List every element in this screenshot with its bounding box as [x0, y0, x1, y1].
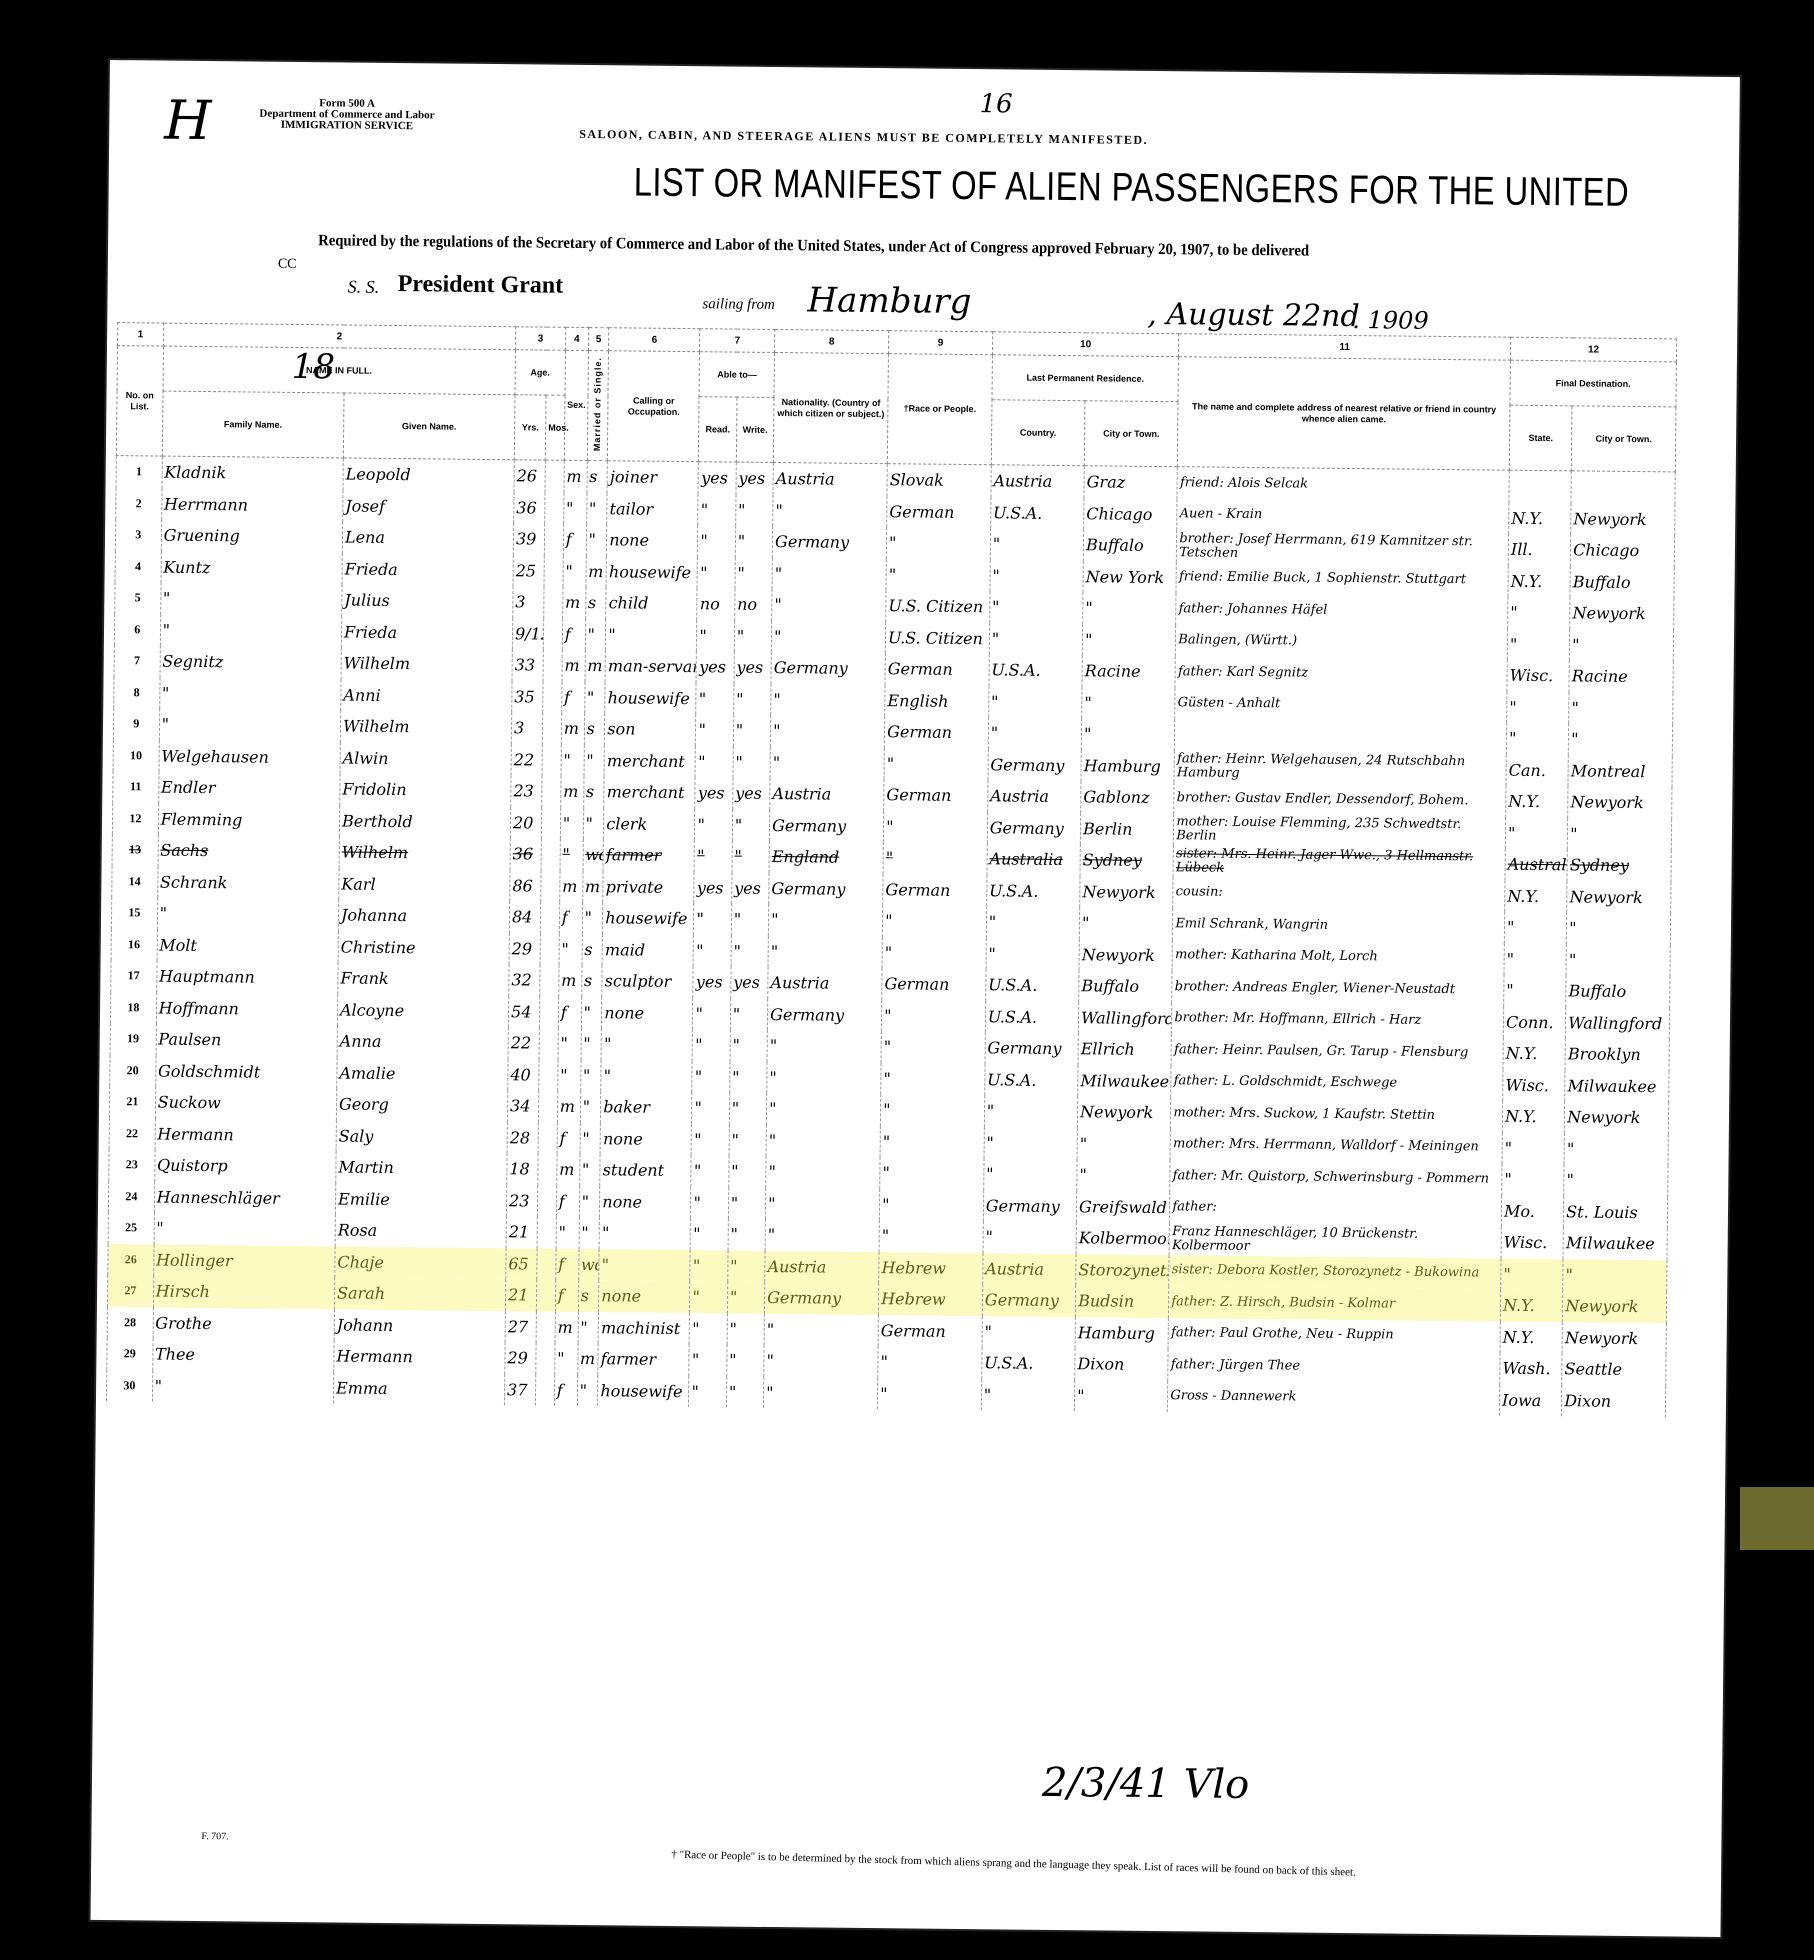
- cell-ms: ": [586, 493, 607, 525]
- cell-write: ": [729, 1124, 767, 1156]
- cell-no: 4: [115, 551, 161, 583]
- cell-race: Slovak: [887, 464, 991, 497]
- cell-write: yes: [731, 872, 769, 904]
- cell-given: Chaje: [335, 1246, 506, 1279]
- cell-sex: m: [557, 1154, 580, 1186]
- cell-nat: Germany: [771, 652, 885, 685]
- cell-rel: father:: [1170, 1192, 1502, 1227]
- cell-no: 15: [111, 897, 157, 929]
- cell-family: Kuntz: [161, 551, 343, 584]
- cell-state: ": [1508, 597, 1571, 629]
- race-footnote: † "Race or People" is to be determined b…: [671, 1849, 1356, 1879]
- cell-city: Graz: [1084, 466, 1178, 499]
- cell-dest: Wallingford: [1566, 1007, 1670, 1040]
- cell-dest: Brooklyn: [1565, 1038, 1669, 1071]
- cell-ms: s: [585, 587, 606, 619]
- cell-age: 26: [514, 460, 545, 492]
- cell-occ: son: [605, 713, 697, 745]
- cell-no: 17: [111, 960, 157, 992]
- cell-sex: ": [560, 839, 583, 871]
- cell-given: Alwin: [340, 742, 511, 775]
- cell-family: Flemming: [158, 803, 340, 836]
- cell-mos: [543, 650, 562, 682]
- cell-dest: Seattle: [1562, 1353, 1666, 1386]
- cell-sex: m: [561, 713, 584, 745]
- cell-given: Emilie: [335, 1183, 506, 1216]
- cell-city: Greifswald: [1076, 1191, 1170, 1223]
- cell-country: ": [989, 623, 1083, 655]
- cell-write: no: [734, 589, 772, 621]
- cell-country: U.S.A.: [990, 497, 1084, 529]
- cell-country: Germany: [988, 749, 1082, 781]
- cell-state: Conn.: [1503, 1006, 1566, 1038]
- cell-country: ": [990, 528, 1084, 560]
- cell-dest: St. Louis: [1564, 1196, 1668, 1229]
- header-mos: Mos.: [545, 395, 564, 460]
- cell-state: ": [1505, 817, 1568, 849]
- cell-rel: brother: Josef Herrmann, 619 Kamnitzer s…: [1177, 530, 1509, 565]
- cell-given: Julius: [342, 584, 513, 617]
- cell-no: 30: [106, 1370, 152, 1402]
- header-dest-city: City or Town.: [1571, 406, 1675, 472]
- cell-read: ": [696, 683, 734, 715]
- cell-nat: Austria: [773, 462, 887, 495]
- cell-race: ": [880, 1126, 984, 1159]
- cell-given: Johann: [334, 1309, 505, 1342]
- cell-rel: mother: Katharina Molt, Lorch: [1172, 940, 1504, 975]
- cell-sex: f: [555, 1280, 578, 1312]
- cell-country: Austria: [991, 465, 1085, 498]
- cell-ms: ": [580, 1059, 601, 1091]
- cell-dest: Newyork: [1568, 786, 1672, 819]
- cell-country: Germany: [982, 1284, 1076, 1316]
- header-country: Country.: [991, 400, 1085, 466]
- cell-given: Fridolin: [340, 773, 511, 806]
- cell-ms: ": [577, 1374, 598, 1406]
- cell-write: yes: [732, 778, 770, 810]
- cell-rel: brother: Gustav Endler, Dessendorf, Bohe…: [1174, 782, 1506, 817]
- cell-state: N.Y.: [1503, 1038, 1566, 1070]
- cell-rel: mother: Mrs. Suckow, 1 Kaufstr. Stettin: [1171, 1097, 1503, 1132]
- cell-mos: [540, 902, 559, 934]
- cell-write: ": [733, 715, 771, 747]
- cell-race: ": [878, 1346, 982, 1379]
- cell-occ: ": [601, 1028, 693, 1060]
- cell-rel: father: Paul Grothe, Neu - Ruppin: [1168, 1318, 1500, 1353]
- cell-age: 25: [513, 555, 544, 587]
- cell-read: ": [691, 1187, 729, 1219]
- cell-rel: friend: Emilie Buck, 1 Sophienstr. Stutt…: [1176, 562, 1508, 597]
- cell-mos: [537, 1217, 556, 1249]
- cell-nat: ": [767, 1030, 881, 1063]
- header-sex: Sex.: [564, 350, 588, 460]
- cell-given: Leopold: [343, 458, 514, 492]
- cell-city: ": [1081, 718, 1175, 750]
- form-number: F. 707.: [201, 1831, 228, 1842]
- cell-age: 33: [512, 649, 543, 681]
- cell-nat: Germany: [772, 526, 886, 559]
- cell-city: Newyork: [1080, 876, 1174, 908]
- cell-write: ": [728, 1250, 766, 1282]
- header-read: Read.: [699, 397, 737, 462]
- cell-mos: [541, 870, 560, 902]
- cell-no: 24: [108, 1181, 154, 1213]
- cell-rel: father: Karl Segnitz: [1175, 656, 1507, 691]
- cell-ms: ": [580, 1091, 601, 1123]
- cell-mos: [539, 1028, 558, 1060]
- cell-family: Schrank: [157, 866, 339, 899]
- cell-no: 20: [110, 1055, 156, 1087]
- cell-nat: ": [766, 1156, 880, 1189]
- cell-write: ": [730, 1030, 768, 1062]
- cell-dest: ": [1567, 912, 1671, 945]
- cell-race: ": [882, 937, 986, 970]
- cell-city: Hamburg: [1075, 1317, 1169, 1349]
- cell-nat: Germany: [767, 998, 881, 1031]
- cell-rel: Güsten - Anhalt: [1175, 688, 1507, 723]
- inspector-signature: 2/3/41 Vlo: [1042, 1760, 1250, 1808]
- cell-family: Molt: [157, 929, 339, 962]
- cell-family: Herrmann: [161, 488, 343, 521]
- cell-city: Sydney: [1080, 844, 1174, 876]
- form-identifier: Form 500 A Department of Commerce and La…: [259, 98, 434, 133]
- document-title: LIST OR MANIFEST OF ALIEN PASSENGERS FOR…: [634, 160, 1630, 215]
- header-state: State.: [1509, 405, 1572, 471]
- cell-family: ": [154, 1213, 336, 1246]
- cell-family: Sachs: [158, 835, 340, 868]
- cell-ms: wd: [583, 839, 604, 871]
- cell-read: ": [695, 809, 733, 841]
- cell-dest: Chicago: [1571, 534, 1675, 567]
- cell-sex: m: [564, 460, 587, 492]
- cell-age: 21: [506, 1216, 537, 1248]
- cell-city: ": [1082, 687, 1176, 719]
- cell-state: N.Y.: [1502, 1101, 1565, 1133]
- cell-read: ": [690, 1281, 728, 1313]
- cell-family: Hauptmann: [156, 961, 338, 994]
- cell-given: Berthold: [339, 805, 510, 838]
- cell-country: Australia: [987, 843, 1081, 875]
- cell-read: no: [697, 588, 735, 620]
- cell-age: 23: [511, 775, 542, 807]
- cell-state: ": [1501, 1258, 1564, 1290]
- cell-no: 2: [116, 488, 162, 520]
- cell-age: 54: [508, 996, 539, 1028]
- cell-age: 20: [510, 807, 541, 839]
- cell-race: German: [887, 496, 991, 529]
- cell-read: ": [696, 714, 734, 746]
- cell-age: 22: [508, 1027, 539, 1059]
- cell-family: Hermann: [155, 1118, 337, 1151]
- cell-occ: man-servant: [605, 650, 697, 682]
- cell-mos: [536, 1311, 555, 1343]
- cell-state: ": [1504, 943, 1567, 975]
- cell-sex: f: [557, 1122, 580, 1154]
- cell-country: U.S.A.: [982, 1347, 1076, 1379]
- cell-age: 84: [509, 901, 540, 933]
- header-write: Write.: [736, 397, 774, 462]
- cell-dest: Montreal: [1568, 755, 1672, 788]
- cell-country: ": [990, 560, 1084, 592]
- cell-city: Buffalo: [1083, 529, 1177, 561]
- cell-country: ": [986, 906, 1080, 938]
- cell-country: ": [989, 591, 1083, 623]
- cell-occ: student: [600, 1154, 692, 1186]
- cell-rel: brother: Mr. Hoffmann, Ellrich - Harz: [1172, 1003, 1504, 1038]
- header-family-name: Family Name.: [162, 391, 344, 458]
- cell-city: ": [1077, 1159, 1171, 1191]
- departure-port: Hamburg: [807, 280, 971, 322]
- cell-mos: [536, 1343, 555, 1375]
- cell-dest: Newyork: [1570, 597, 1674, 630]
- cell-dest: Newyork: [1571, 503, 1675, 536]
- cell-mos: [542, 744, 561, 776]
- cell-nat: ": [773, 494, 887, 527]
- cell-mos: [543, 618, 562, 650]
- cell-given: Frank: [338, 962, 509, 995]
- header-married: Married or Single.: [587, 351, 609, 461]
- cell-rel: cousin:: [1173, 877, 1505, 912]
- cell-family: Hirsch: [153, 1276, 335, 1309]
- cell-nat: Austria: [765, 1250, 879, 1283]
- cell-read: yes: [695, 777, 733, 809]
- cell-nat: Austria: [770, 778, 884, 811]
- header-yrs: Yrs.: [514, 395, 546, 460]
- cell-dest: ": [1570, 629, 1674, 662]
- sailing-date: , August 22nd: [1147, 297, 1360, 334]
- cell-ms: ": [586, 524, 607, 556]
- cell-rel: Emil Schrank, Wangrin: [1173, 908, 1505, 943]
- cell-family: Grothe: [153, 1307, 335, 1340]
- cell-mos: [541, 839, 560, 871]
- cell-family: Hoffmann: [156, 992, 338, 1025]
- cell-mos: [542, 776, 561, 808]
- cell-mos: [540, 965, 559, 997]
- cell-sex: f: [554, 1374, 577, 1406]
- cell-state: ": [1507, 628, 1570, 660]
- cell-country: Austria: [987, 780, 1081, 812]
- cell-race: Hebrew: [879, 1283, 983, 1316]
- cell-family: ": [159, 677, 341, 710]
- cell-read: yes: [696, 651, 734, 683]
- cell-age: 3: [513, 586, 544, 618]
- cell-dest: ": [1569, 723, 1673, 756]
- passenger-table: 1 2 3 4 5 6 7 8 9 10 11 12 No. on List. …: [106, 322, 1677, 1417]
- cell-race: ": [883, 811, 987, 844]
- cell-age: 21: [505, 1279, 536, 1311]
- cell-write: ": [735, 494, 773, 526]
- cell-age: 86: [510, 870, 541, 902]
- highlight-margin: [1740, 1487, 1814, 1550]
- cell-race: German: [884, 779, 988, 812]
- cell-state: Australia: [1505, 849, 1568, 881]
- cell-race: Hebrew: [879, 1252, 983, 1285]
- cell-read: yes: [693, 966, 731, 998]
- cell-country: Germany: [985, 1032, 1079, 1064]
- cell-occ: none: [607, 524, 699, 556]
- cell-rel: Gross - Dannewerk: [1168, 1381, 1500, 1416]
- cell-city: Chicago: [1084, 498, 1178, 530]
- cell-mos: [541, 807, 560, 839]
- header-able-to: Able to—: [699, 352, 774, 398]
- cell-rel: father: Johannes Häfel: [1176, 593, 1508, 628]
- cell-nat: ": [768, 935, 882, 968]
- cell-given: Emma: [333, 1372, 504, 1405]
- cell-city: Newyork: [1079, 939, 1173, 971]
- cell-race: ": [881, 1063, 985, 1096]
- cell-no: 19: [110, 1023, 156, 1055]
- cell-family: ": [160, 583, 342, 616]
- cell-state: ": [1507, 691, 1570, 723]
- cell-state: ": [1504, 912, 1567, 944]
- cell-given: Wilhelm: [341, 647, 512, 680]
- cell-city: Berlin: [1080, 813, 1174, 845]
- cell-read: ": [693, 998, 731, 1030]
- cell-mos: [544, 587, 563, 619]
- cell-family: ": [159, 709, 341, 742]
- cell-age: 32: [509, 964, 540, 996]
- cell-occ: merchant: [604, 745, 696, 777]
- cell-mos: [538, 1154, 557, 1186]
- cell-given: Frieda: [342, 553, 513, 586]
- passenger-rows: 1KladnikLeopold26msjoineryesyesAustriaSl…: [106, 456, 1675, 1418]
- cell-rel: father: Z. Hirsch, Budsin - Kolmar: [1169, 1286, 1501, 1321]
- cell-read: ": [691, 1155, 729, 1187]
- cell-write: ": [731, 935, 769, 967]
- cell-write: ": [733, 683, 771, 715]
- cell-race: ": [884, 748, 988, 781]
- cell-country: ": [988, 686, 1082, 718]
- cell-sex: f: [556, 1185, 579, 1217]
- cell-nat: ": [771, 620, 885, 653]
- cell-write: ": [732, 809, 770, 841]
- cell-city: New York: [1083, 561, 1177, 593]
- cell-rel: mother: Louise Flemming, 235 Schwedtstr.…: [1174, 814, 1506, 849]
- cell-country: U.S.A.: [986, 875, 1080, 907]
- cell-country: ": [988, 717, 1082, 749]
- cell-occ: tailor: [607, 493, 699, 525]
- cell-family: Gruening: [161, 520, 343, 553]
- cell-write: ": [727, 1345, 765, 1377]
- cell-no: 23: [109, 1149, 155, 1181]
- document-subtitle: Required by the regulations of the Secre…: [318, 232, 1309, 260]
- cell-no: 27: [107, 1275, 153, 1307]
- cell-sex: m: [562, 650, 585, 682]
- cell-given: Anni: [341, 679, 512, 712]
- cell-city: Hamburg: [1081, 750, 1175, 782]
- cell-age: 36: [514, 492, 545, 524]
- cell-age: 18: [507, 1153, 538, 1185]
- cell-given: Alcoyne: [337, 994, 508, 1027]
- cell-city: Dixon: [1075, 1348, 1169, 1380]
- cell-nat: ": [767, 1061, 881, 1094]
- cell-state: Wisc.: [1503, 1069, 1566, 1101]
- cell-country: Germany: [983, 1190, 1077, 1222]
- cell-ms: m: [577, 1343, 598, 1375]
- top-notice: SALOON, CABIN, AND STEERAGE ALIENS MUST …: [579, 127, 1148, 148]
- cell-rel: [1175, 719, 1507, 754]
- cell-city: Kolbermoor: [1076, 1222, 1170, 1254]
- cell-occ: ": [601, 1060, 693, 1092]
- cell-nat: ": [768, 904, 882, 937]
- cell-dest: Newyork: [1565, 1101, 1669, 1134]
- cell-occ: ": [599, 1249, 691, 1281]
- cell-state: Can.: [1506, 754, 1569, 786]
- cell-dest: ": [1569, 692, 1673, 725]
- cell-race: U.S. Citizen: [886, 590, 990, 623]
- cell-sex: ": [561, 744, 584, 776]
- cell-dest: ": [1566, 944, 1670, 977]
- cell-write: ": [735, 526, 773, 558]
- cell-family: Thee: [152, 1339, 334, 1372]
- cell-city: ": [1083, 592, 1177, 624]
- cell-occ: none: [600, 1186, 692, 1218]
- cell-race: English: [885, 685, 989, 718]
- cell-mos: [538, 1185, 557, 1217]
- cell-dest: Racine: [1569, 660, 1673, 693]
- cell-write: yes: [731, 967, 769, 999]
- cell-nat: ": [764, 1313, 878, 1346]
- cell-rel: father: Heinr. Paulsen, Gr. Tarup - Flen…: [1171, 1034, 1503, 1069]
- cell-age: 37: [504, 1374, 535, 1406]
- cell-ms: ": [579, 1217, 600, 1249]
- cell-dest: Milwaukee: [1565, 1070, 1669, 1103]
- cell-city: Racine: [1082, 655, 1176, 687]
- cell-read: ": [690, 1313, 728, 1345]
- cell-no: 29: [107, 1338, 153, 1370]
- cell-ms: ": [584, 682, 605, 714]
- cell-country: U.S.A.: [989, 654, 1083, 686]
- cell-state: ": [1506, 723, 1569, 755]
- cell-age: 28: [507, 1122, 538, 1154]
- cell-ms: s: [584, 713, 605, 745]
- cell-write: ": [730, 998, 768, 1030]
- cell-country: ": [984, 1127, 1078, 1159]
- ship-name: President Grant: [398, 271, 564, 300]
- cell-occ: merchant: [604, 776, 696, 808]
- cell-dest: Sydney: [1567, 849, 1671, 882]
- cell-state: [1509, 470, 1572, 503]
- cell-race: German: [878, 1315, 982, 1348]
- cell-dest: Buffalo: [1566, 975, 1670, 1008]
- cell-age: 34: [507, 1090, 538, 1122]
- cell-nat: ": [766, 1187, 880, 1220]
- cell-sex: m: [559, 870, 582, 902]
- cell-occ: none: [602, 997, 694, 1029]
- cell-ms: ": [579, 1154, 600, 1186]
- cell-state: Ill.: [1508, 534, 1571, 566]
- cell-read: ": [690, 1250, 728, 1282]
- cell-family: Segnitz: [160, 646, 342, 679]
- cell-state: Wisc.: [1507, 660, 1570, 692]
- cell-given: Wilhelm: [339, 836, 510, 869]
- cell-sex: ": [560, 807, 583, 839]
- cell-state: N.Y.: [1508, 565, 1571, 597]
- cell-given: Rosa: [335, 1214, 506, 1247]
- cell-ms: m: [586, 556, 607, 588]
- cell-sex: m: [555, 1311, 578, 1343]
- cell-write: ": [732, 841, 770, 873]
- cell-dest: ": [1563, 1259, 1667, 1292]
- cell-race: German: [883, 874, 987, 907]
- cell-family: ": [160, 614, 342, 647]
- sailing-year: . 1909: [1352, 306, 1429, 335]
- cell-occ: housewife: [606, 556, 698, 588]
- cell-sex: ": [563, 555, 586, 587]
- cell-occ: housewife: [598, 1375, 690, 1407]
- cell-write: ": [728, 1187, 766, 1219]
- cell-given: Christine: [338, 931, 509, 964]
